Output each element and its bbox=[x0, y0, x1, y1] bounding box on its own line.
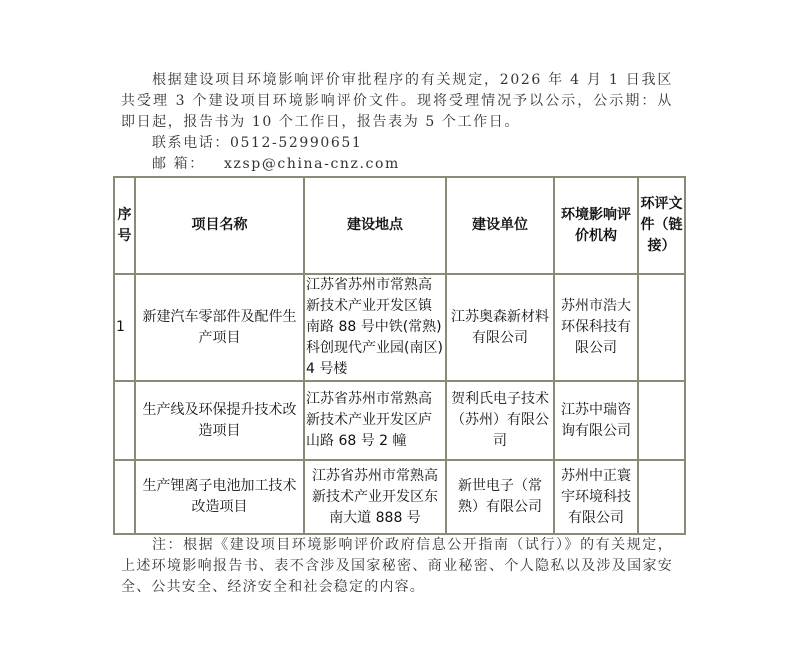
project-table: 序号 项目名称 建设地点 建设单位 环境影响评价机构 环评文件（链接） 1 新建… bbox=[113, 176, 686, 535]
header-index: 序号 bbox=[114, 177, 135, 274]
row-agency: 苏州中正寰宇环境科技有限公司 bbox=[554, 460, 638, 534]
row-unit: 贺利氏电子技术（苏州）有限公司 bbox=[446, 381, 554, 460]
row-unit: 新世电子（常熟）有限公司 bbox=[446, 460, 554, 534]
table-row: 1 新建汽车零部件及配件生产项目 江苏省苏州市常熟高新技术产业开发区镇南路 88… bbox=[114, 274, 685, 381]
row-agency: 江苏中瑞咨询有限公司 bbox=[554, 381, 638, 460]
header-unit: 建设单位 bbox=[446, 177, 554, 274]
row-index: 1 bbox=[114, 274, 135, 381]
header-project-name: 项目名称 bbox=[135, 177, 304, 274]
email-label: 邮 箱： bbox=[152, 154, 224, 175]
contact-phone-row: 联系电话：0512-52990651 bbox=[121, 133, 673, 154]
contact-email-row: 邮 箱：xzsp@china-cnz.com bbox=[121, 154, 673, 175]
phone-label: 联系电话： bbox=[152, 135, 230, 151]
disclaimer-note: 注：根据《建设项目环境影响评价政府信息公开指南（试行）》的有关规定，上述环境影响… bbox=[121, 535, 673, 598]
header-location: 建设地点 bbox=[304, 177, 446, 274]
row-document-link[interactable] bbox=[638, 460, 685, 534]
table-row: 生产线及环保提升技术改造项目 江苏省苏州市常熟高新技术产业开发区庐山路 68 号… bbox=[114, 381, 685, 460]
row-location: 江苏省苏州市常熟高新技术产业开发区庐山路 68 号 2 幢 bbox=[304, 381, 446, 460]
row-index bbox=[114, 460, 135, 534]
table-row: 生产锂离子电池加工技术改造项目 江苏省苏州市常熟高新技术产业开发区东南大道 88… bbox=[114, 460, 685, 534]
row-location: 江苏省苏州市常熟高新技术产业开发区东南大道 888 号 bbox=[304, 460, 446, 534]
intro-paragraph: 根据建设项目环境影响评价审批程序的有关规定，2026 年 4 月 1 日我区共受… bbox=[121, 70, 673, 133]
row-unit: 江苏奥森新材料有限公司 bbox=[446, 274, 554, 381]
table-header-row: 序号 项目名称 建设地点 建设单位 环境影响评价机构 环评文件（链接） bbox=[114, 177, 685, 274]
row-location: 江苏省苏州市常熟高新技术产业开发区镇南路 88 号中铁(常熟) 科创现代产业园(… bbox=[304, 274, 446, 381]
phone-number: 0512-52990651 bbox=[230, 135, 362, 151]
row-project-name: 新建汽车零部件及配件生产项目 bbox=[135, 274, 304, 381]
row-agency: 苏州市浩大环保科技有限公司 bbox=[554, 274, 638, 381]
row-project-name: 生产线及环保提升技术改造项目 bbox=[135, 381, 304, 460]
row-document-link[interactable] bbox=[638, 274, 685, 381]
email-address[interactable]: xzsp@china-cnz.com bbox=[224, 156, 400, 172]
announcement-intro: 根据建设项目环境影响评价审批程序的有关规定，2026 年 4 月 1 日我区共受… bbox=[121, 70, 673, 175]
header-agency: 环境影响评价机构 bbox=[554, 177, 638, 274]
row-project-name: 生产锂离子电池加工技术改造项目 bbox=[135, 460, 304, 534]
note-text: 注：根据《建设项目环境影响评价政府信息公开指南（试行）》的有关规定，上述环境影响… bbox=[121, 535, 673, 598]
header-document-link: 环评文件（链接） bbox=[638, 177, 685, 274]
row-index bbox=[114, 381, 135, 460]
row-document-link[interactable] bbox=[638, 381, 685, 460]
